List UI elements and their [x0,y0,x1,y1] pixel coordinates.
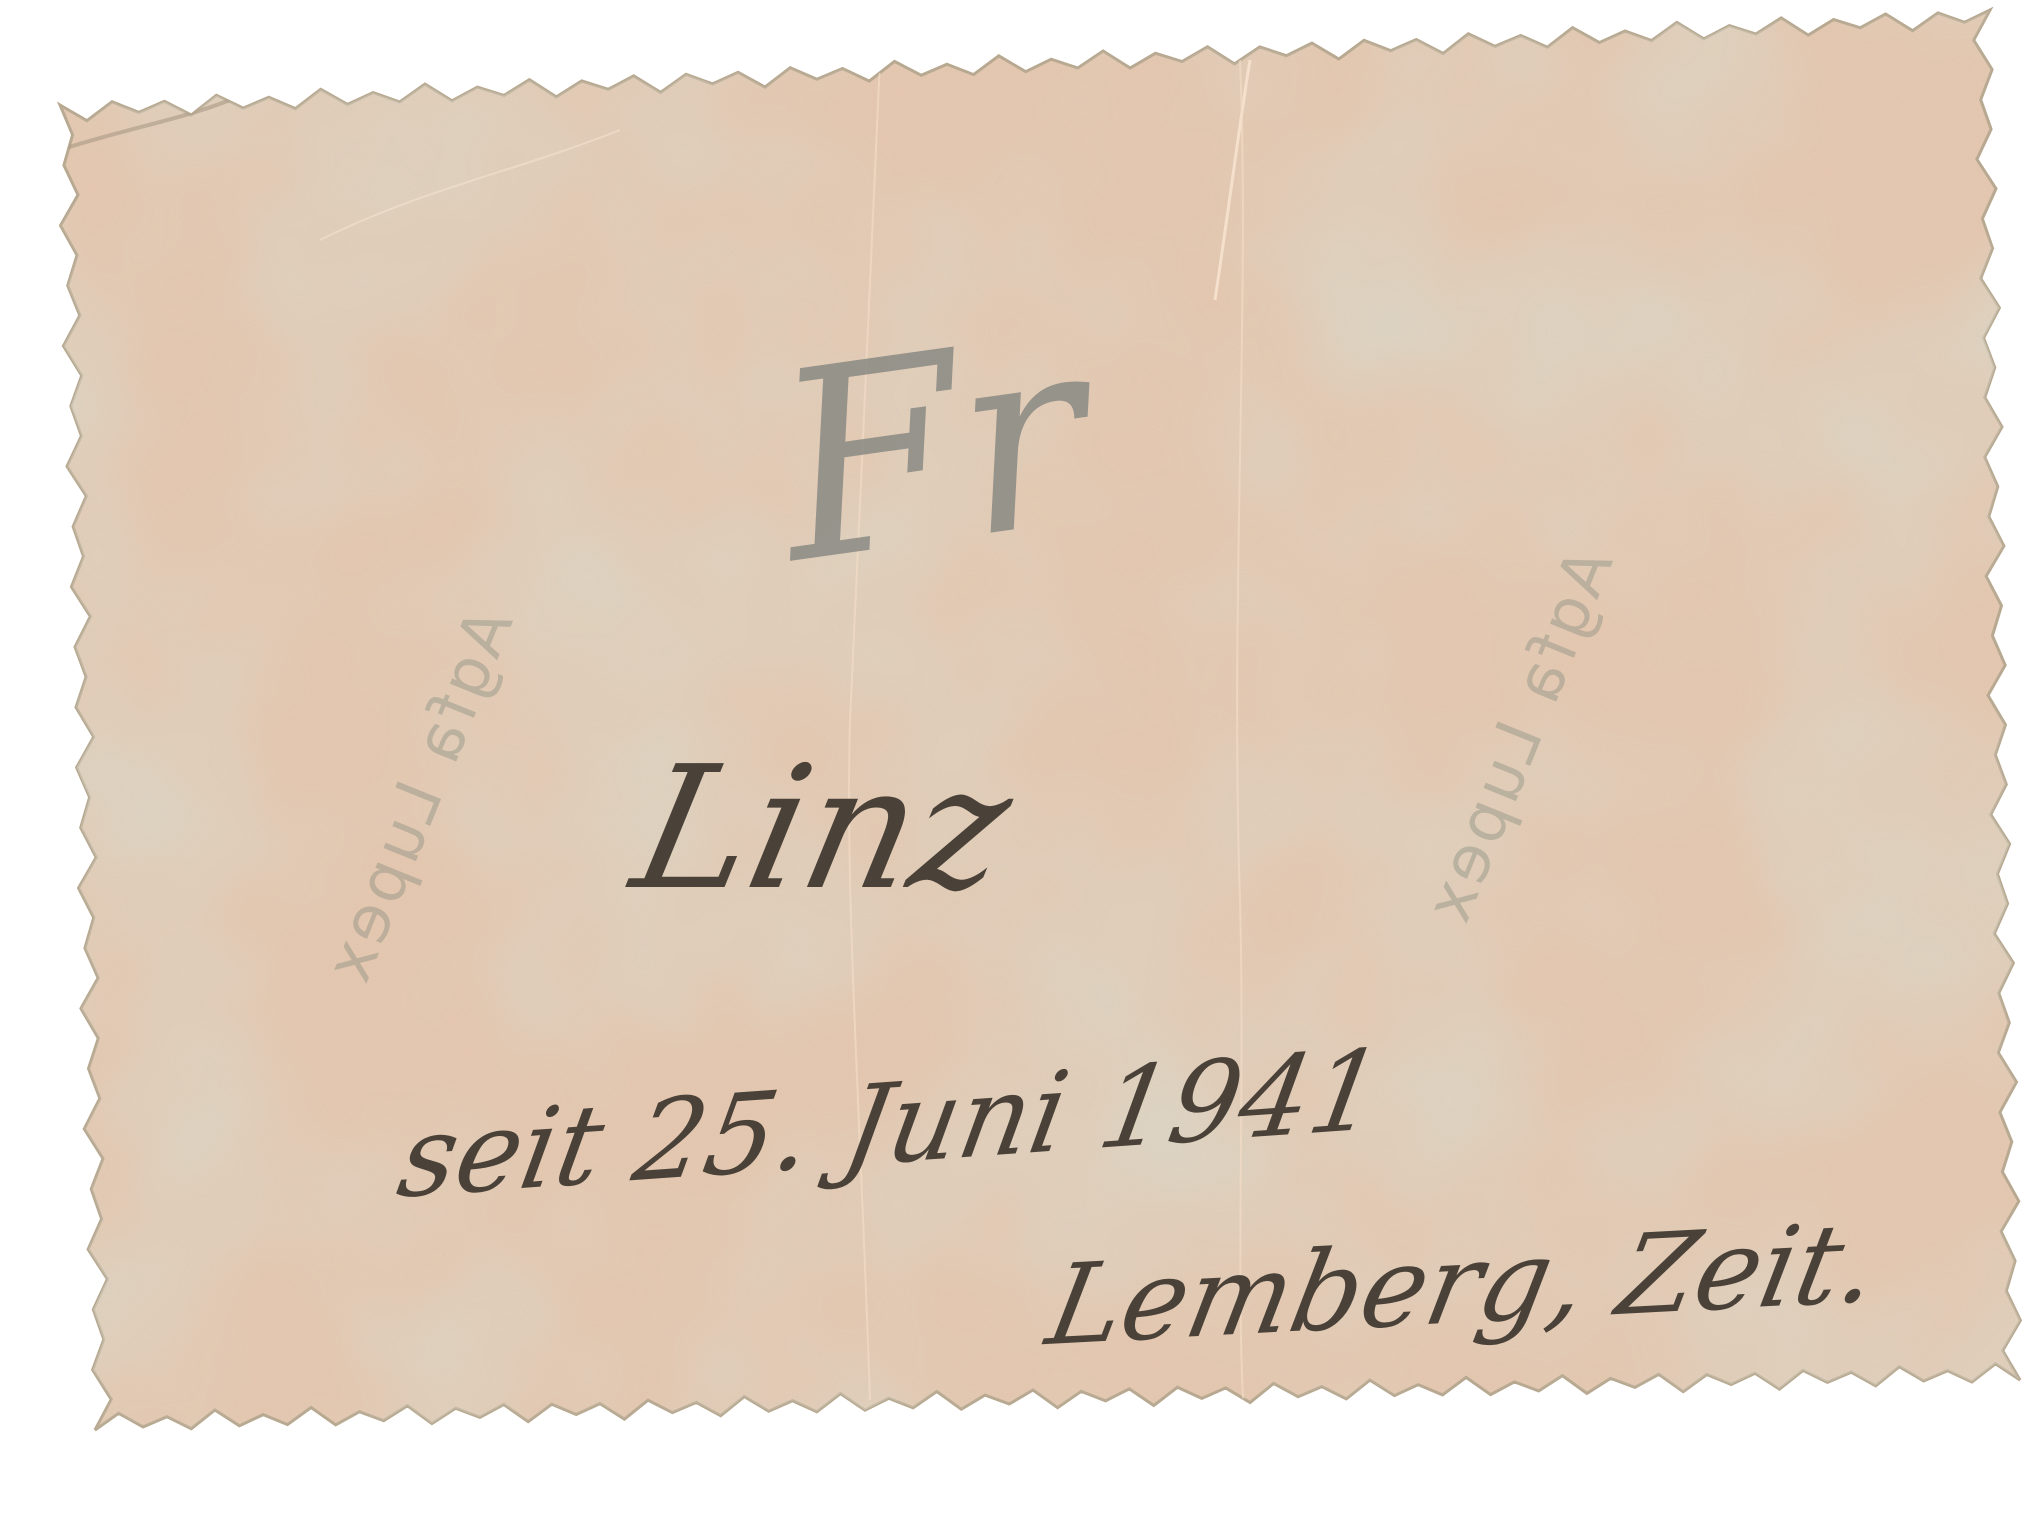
photo-card-back: Agfa Lupex Agfa Lupex Fr Linz seit 25. J… [0,0,2028,1530]
handwriting-line-1: Linz [619,730,1027,928]
pencil-mark: Fr [760,280,1104,621]
